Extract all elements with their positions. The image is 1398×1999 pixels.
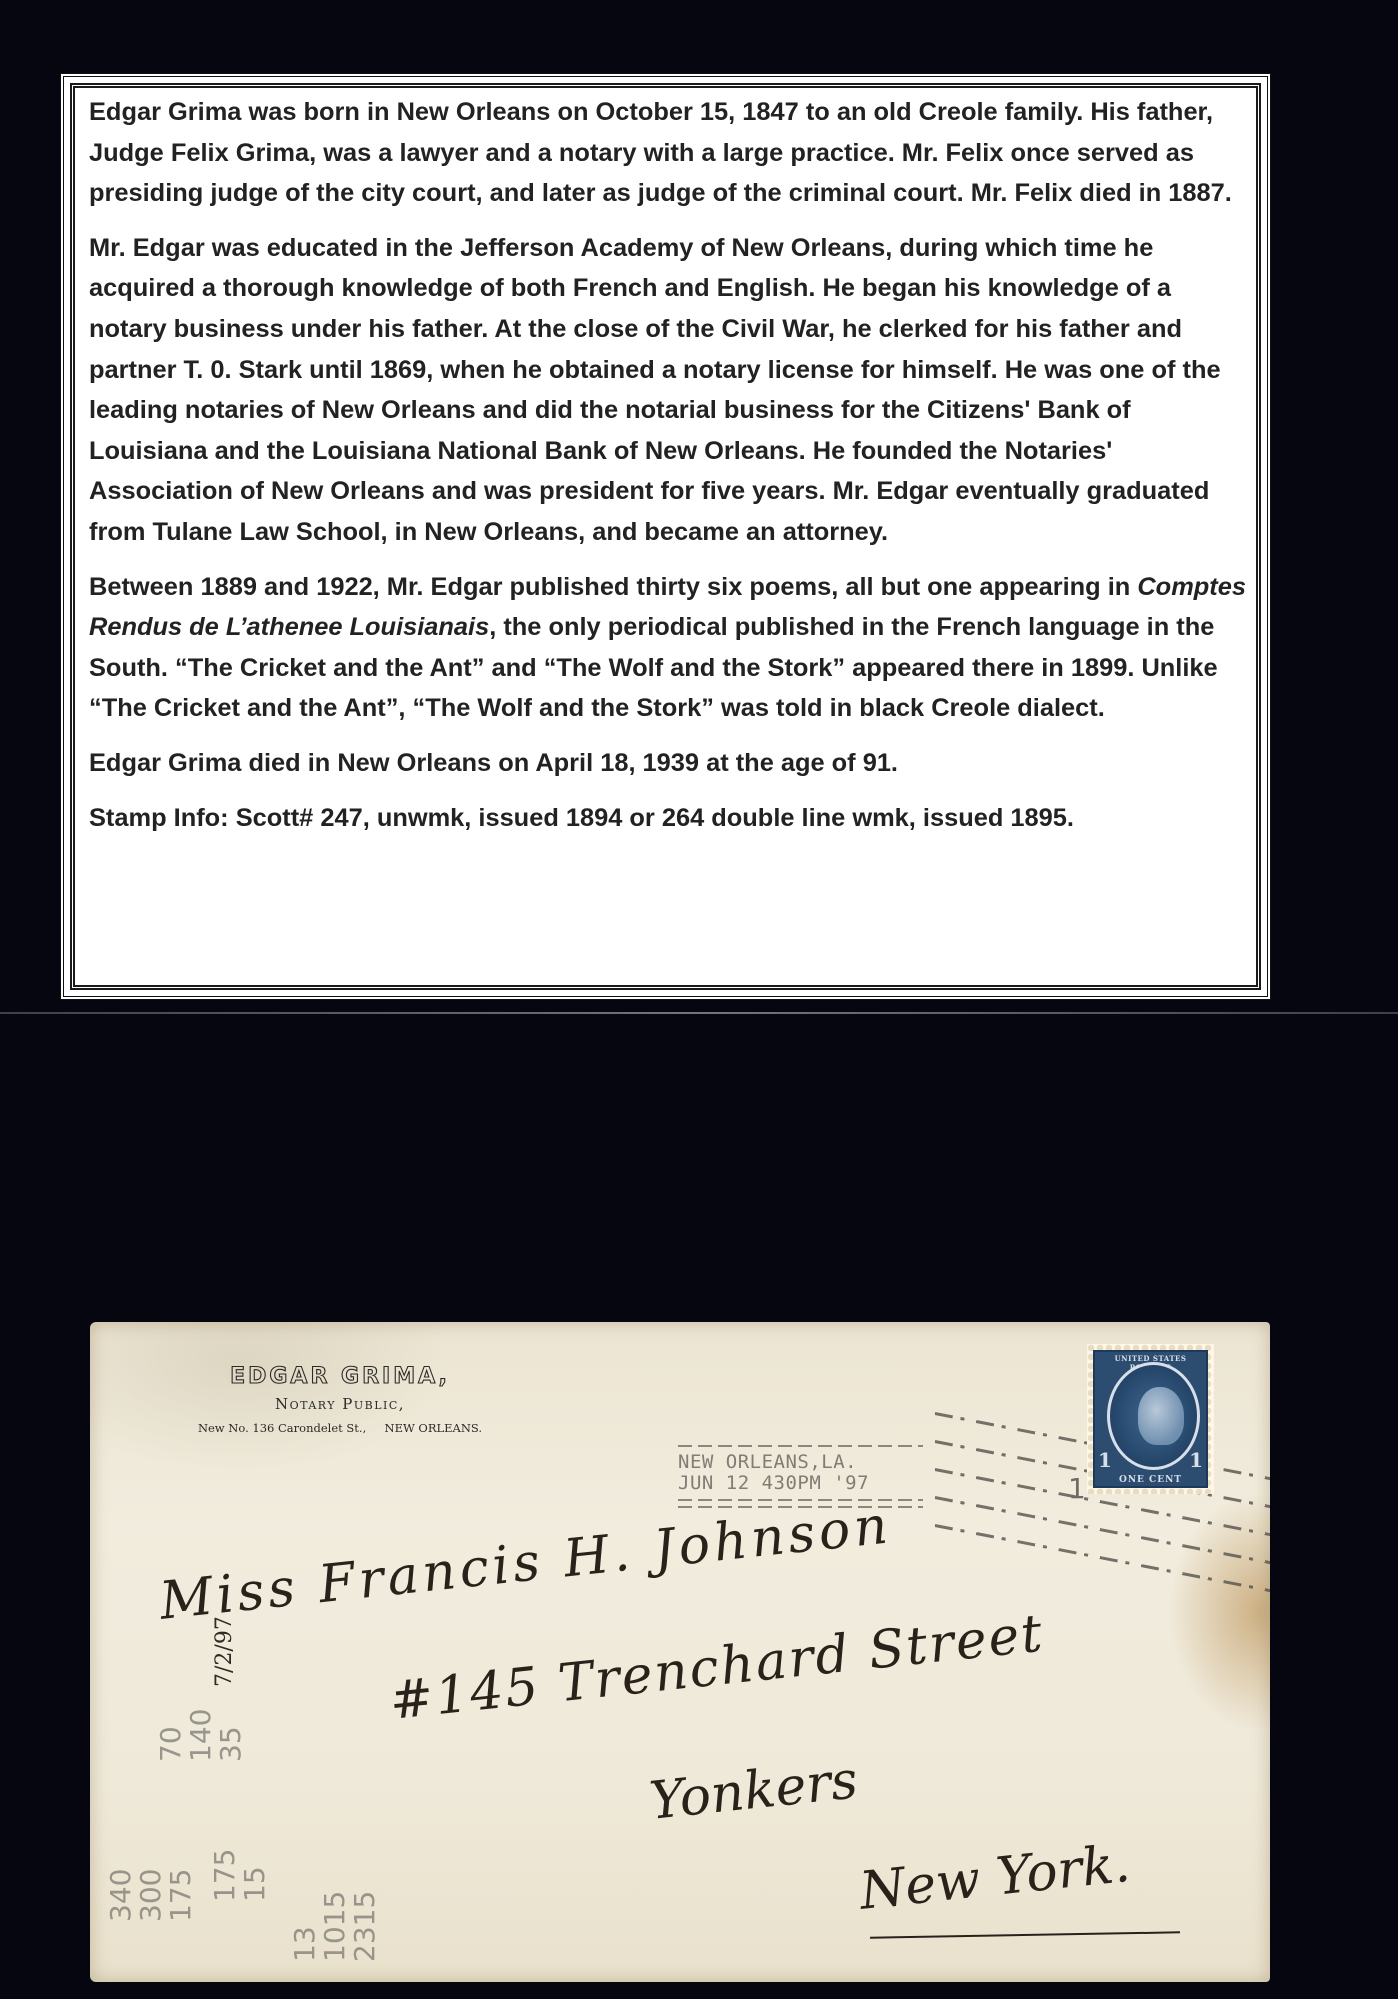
address-state: New York. [857,1834,1133,1922]
address-street: #145 Trenchard Street [387,1603,1047,1731]
stamp-info: Stamp Info: Scott# 247, unwmk, issued 18… [89,798,1246,839]
cancel-number: 1 [1068,1472,1086,1505]
paragraph-career: Mr. Edgar was educated in the Jefferson … [89,228,1246,553]
postmark-date: JUN 12 430PM '97 [678,1473,923,1494]
page-divider [0,1012,1398,1014]
postmark-rule [678,1445,923,1447]
paragraph-death: Edgar Grima died in New Orleans on April… [89,743,1246,784]
ink-docket-note: 7/2/97 [212,1616,237,1687]
stamp-face: UNITED STATES POSTAGE 1 1 ONE CENT [1093,1350,1208,1488]
pencil-note: 13 1015 2315 [290,1891,380,1962]
poems-text-start: Between 1889 and 1922, Mr. Edgar publish… [89,573,1137,601]
franklin-portrait-icon [1138,1387,1184,1445]
sender-address: New No. 136 Carondelet St., NEW ORLEANS. [180,1421,500,1435]
address-underline [870,1931,1180,1938]
address-city: Yonkers [647,1750,861,1831]
pencil-note: 175 15 [210,1849,270,1902]
postage-stamp: UNITED STATES POSTAGE 1 1 ONE CENT [1087,1344,1214,1494]
sender-title: Notary Public, [180,1395,500,1413]
description-text-box: Edgar Grima was born in New Orleans on O… [70,83,1261,990]
corner-card: EDGAR GRIMA, Notary Public, New No. 136 … [180,1364,500,1435]
stamp-bottom-text: ONE CENT [1095,1475,1206,1485]
postmark-city: NEW ORLEANS,LA. [678,1452,923,1473]
paragraph-birth: Edgar Grima was born in New Orleans on O… [89,92,1246,214]
stamp-denomination-right: 1 [1189,1448,1203,1472]
stamp-denomination-left: 1 [1098,1448,1112,1472]
envelope-cover: EDGAR GRIMA, Notary Public, New No. 136 … [90,1322,1270,1982]
stamp-oval-frame [1107,1362,1200,1470]
pencil-note: 70 140 35 [156,1709,246,1762]
description-panel: Edgar Grima was born in New Orleans on O… [60,73,1271,1000]
sender-name: EDGAR GRIMA, [180,1364,500,1389]
address-recipient: Miss Francis H. Johnson [157,1495,894,1632]
paragraph-poems: Between 1889 and 1922, Mr. Edgar publish… [89,567,1246,729]
pencil-note: 340 300 175 [106,1869,196,1922]
